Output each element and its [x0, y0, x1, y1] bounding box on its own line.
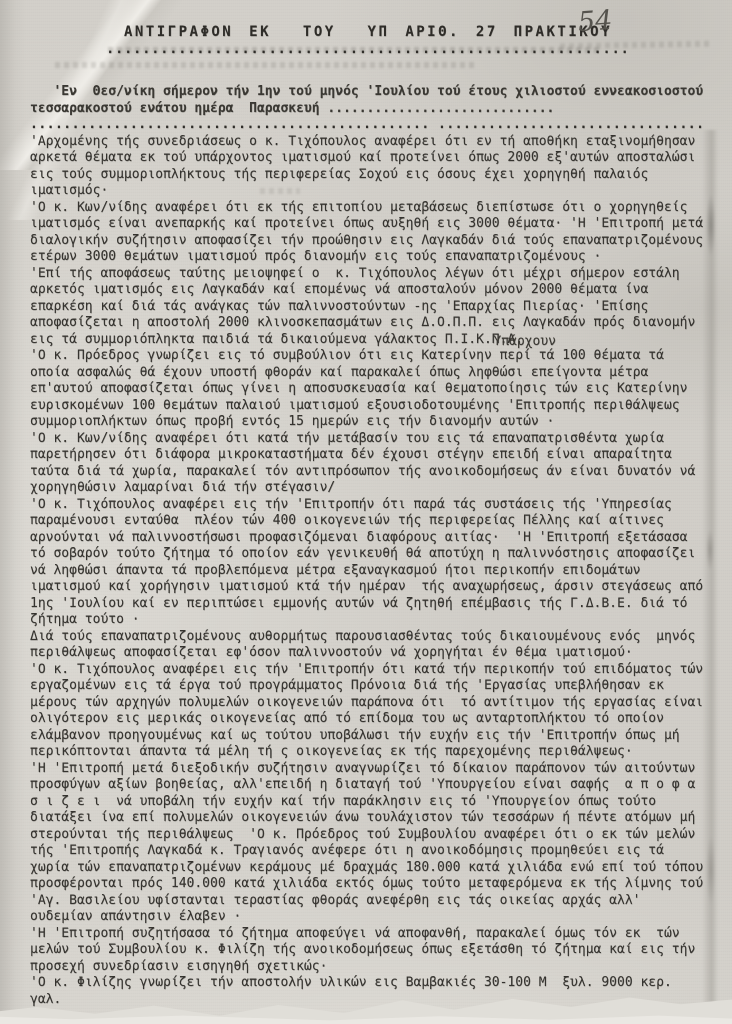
page-number-handwritten: 54: [577, 13, 612, 32]
paragraph: Διά τούς επαναπατριζομένους αυθορμήτως π…: [30, 629, 706, 662]
paragraph: 'Η 'Επιτροπή συζητήσασα τό ζήτημα αποφεύ…: [30, 926, 706, 976]
paragraph: 'Η 'Επιτροπή μετά διεξοδικήν συζήτησιν α…: [30, 761, 706, 926]
document-sheet: 54 ΑΝΤΙΓΡΑΦΟΝ ΕΚ ΤΟΥ ΥΠ ΑΡΙΘ. 27 ΠΡΑΚΤΙΚ…: [0, 0, 732, 1024]
minutes-body: 'Αρχομένης τής συνεδριάσεως ο κ. Τιχόπου…: [30, 134, 706, 1009]
paragraph: 'Ο κ. Τιχόπουλος αναφέρει εις τήν 'Επιτρ…: [30, 497, 706, 629]
opening-paragraph: 'Εν Θεσ/νίκη σήμερον τήν 1ην τού μηνός '…: [30, 84, 706, 117]
paragraph: 'Ο κ. Κων/νίδης αναφέρει ότι εκ τής επιτ…: [30, 200, 706, 266]
paragraph-text: 'Επί τής αποφάσεως ταύτης μειοψηφεί ο κ.…: [30, 266, 703, 347]
title-underline-dots: ........................................…: [30, 42, 706, 59]
document-content: 54 ΑΝΤΙΓΡΑΦΟΝ ΕΚ ΤΟΥ ΥΠ ΑΡΙΘ. 27 ΠΡΑΚΤΙΚ…: [30, 10, 706, 1008]
paragraph: 'Ο κ. Τιχόπουλος αναφέρει εις τήν 'Επιτρ…: [30, 662, 706, 761]
insertion-note: Υπάρχουν: [493, 334, 556, 351]
paragraph: 'Αρχομένης τής συνεδριάσεως ο κ. Τιχόπου…: [30, 134, 706, 200]
paragraph: 'Ο κ. Κων/νίδης αναφέρει ότι κατά τήν με…: [30, 431, 706, 497]
paragraph: 'Ο κ. Πρόεδρος γνωρίζει εις τό συμβούλιο…: [30, 348, 706, 431]
paragraph: 'Επί τής αποφάσεως ταύτης μειοψηφεί ο κ.…: [30, 266, 706, 349]
dots-row: ........................................…: [30, 117, 706, 134]
